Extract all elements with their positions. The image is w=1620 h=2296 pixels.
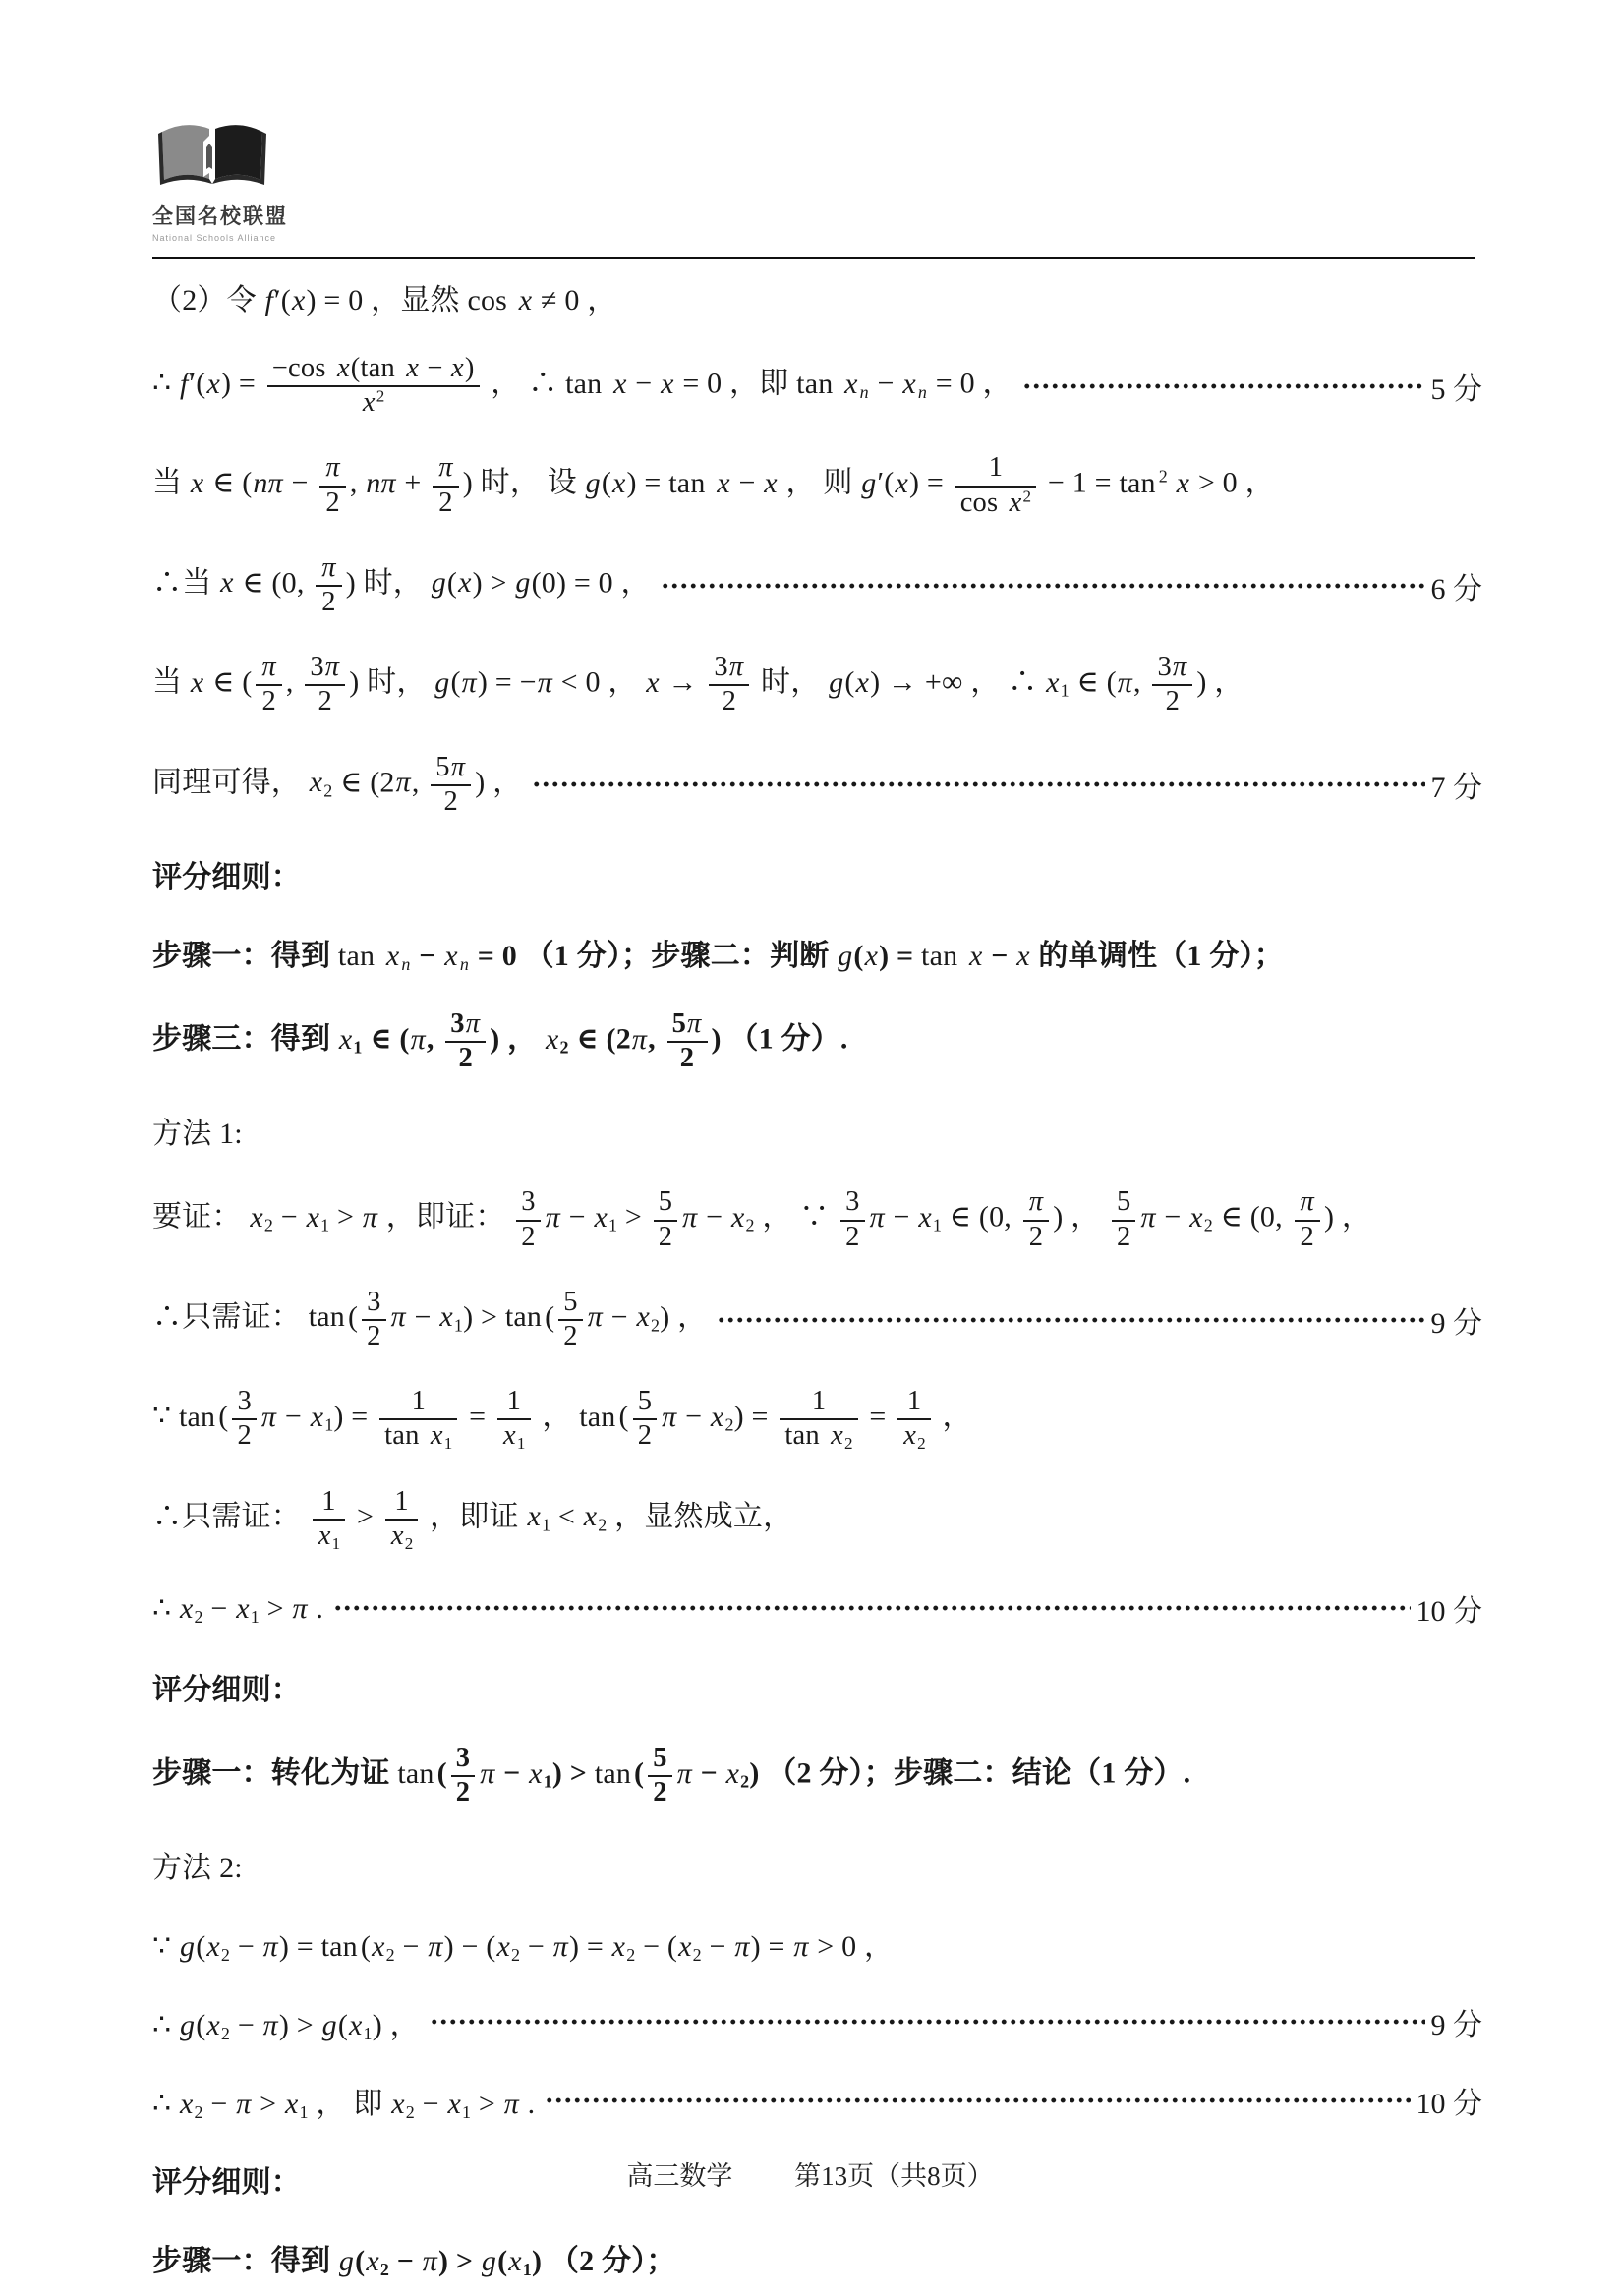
solution-line-scored: ∴ x2 − π > x1 ， 即 x2 − x1 > π .10 分: [152, 2079, 1482, 2122]
solution-line: 当 x ∈ (π2, 3π2) 时， g(π) = −π < 0 ， x → 3…: [152, 653, 1482, 717]
score-label: 5 分: [1431, 365, 1483, 408]
math-text: ∵ g(x2 − π) = tan(x2 − π) − (x2 − π) = x…: [152, 1922, 894, 1965]
math-text: ∵ tan(32π − x1) = 1tan x1 = 1x1 ， tan(52…: [152, 1387, 972, 1451]
solution-line-scored: ∴ f′(x) = −cos x(tan x − x)x2 ， ∴ tan x …: [152, 354, 1482, 418]
solution-content: （2）令 f′(x) = 0 ，显然 cos x ≠ 0 ，∴ f′(x) = …: [0, 259, 1620, 2279]
math-text: 同理可得， x2 ∈ (2π, 5π2) ，: [152, 753, 522, 817]
math-text: ∴当 x ∈ (0, π2) 时， g(x) > g(0) = 0 ，: [152, 553, 651, 617]
math-text: ∴ x2 − x1 > π .: [152, 1591, 323, 1626]
solution-line: （2）令 f′(x) = 0 ，显然 cos x ≠ 0 ，: [152, 275, 1482, 318]
dot-leader: [532, 779, 1424, 789]
solution-line: 要证： x2 − x1 > π ，即证： 32π − x1 > 52π − x2…: [152, 1187, 1482, 1251]
math-text: 方法 1:: [152, 1109, 243, 1152]
footer-course: 高三数学: [626, 2161, 732, 2191]
open-book-logo-icon: [152, 118, 272, 197]
score-label: 9 分: [1431, 2000, 1483, 2043]
dot-leader: [430, 2017, 1425, 2027]
solution-line: 当 x ∈ (nπ − π2, nπ + π2) 时， 设 g(x) = tan…: [152, 453, 1482, 517]
dot-leader: [661, 581, 1425, 591]
score-label: 9 分: [1431, 1298, 1483, 1342]
solution-line: ∵ g(x2 − π) = tan(x2 − π) − (x2 − π) = x…: [152, 1922, 1482, 1965]
solution-line-scored: 同理可得， x2 ∈ (2π, 5π2) ，7 分: [152, 753, 1482, 817]
math-text: ∴ g(x2 − π) > g(x1) ，: [152, 2000, 420, 2043]
footer-page-number: 第13页（共8页）: [794, 2161, 994, 2191]
dot-leader: [717, 1315, 1424, 1325]
dot-leader: [333, 1603, 1410, 1613]
math-text: ∴只需证： 1x1 > 1x2 ，即证 x1 < x2 ，显然成立，: [152, 1487, 792, 1551]
logo-tagline: National Schools Alliance: [152, 233, 300, 243]
score-label: 6 分: [1431, 564, 1483, 607]
exam-answer-page: 全国名校联盟 National Schools Alliance （2）令 f′…: [0, 0, 1620, 2296]
dot-leader: [545, 2095, 1410, 2105]
solution-line: 步骤一：转化为证 tan(32π − x1) > tan(52π − x2) （…: [152, 1744, 1482, 1808]
solution-line: 评分细则：: [152, 1665, 1482, 1708]
math-text: ∴ x2 − π > x1 ， 即 x2 − x1 > π .: [152, 2079, 535, 2122]
score-label: 10 分: [1417, 1586, 1483, 1630]
logo: 全国名校联盟 National Schools Alliance: [152, 118, 300, 243]
math-text: 当 x ∈ (π2, 3π2) 时， g(π) = −π < 0 ， x → 3…: [152, 653, 1244, 717]
solution-line-scored: ∴只需证： tan(32π − x1) > tan(52π − x2) ，9 分: [152, 1288, 1482, 1351]
math-text: 当 x ∈ (nπ − π2, nπ + π2) 时， 设 g(x) = tan…: [152, 453, 1275, 517]
math-text: ∴ f′(x) = −cos x(tan x − x)x2 ， ∴ tan x …: [152, 354, 1012, 418]
math-text: ∴只需证： tan(32π − x1) > tan(52π − x2) ，: [152, 1288, 707, 1351]
math-text: 步骤三：得到 x1 ∈ (π, 3π2) ， x2 ∈ (2π, 5π2) （1…: [152, 1009, 848, 1073]
solution-line: ∵ tan(32π − x1) = 1tan x1 = 1x1 ， tan(52…: [152, 1387, 1482, 1451]
math-text: 步骤一：得到 g(x2 − π) > g(x1) （2 分）；: [152, 2236, 676, 2279]
solution-line: 评分细则：: [152, 852, 1482, 895]
solution-line: 方法 2:: [152, 1843, 1482, 1886]
math-text: 要证： x2 − x1 > π ，即证： 32π − x1 > 52π − x2…: [152, 1187, 1371, 1251]
solution-line: 步骤一：得到 tan xn − xn = 0 （1 分）；步骤二：判断 g(x)…: [152, 931, 1482, 974]
solution-line: 步骤三：得到 x1 ∈ (π, 3π2) ， x2 ∈ (2π, 5π2) （1…: [152, 1009, 1482, 1073]
logo-name: 全国名校联盟: [152, 201, 300, 230]
math-text: 评分细则：: [152, 852, 301, 895]
solution-line: 方法 1:: [152, 1109, 1482, 1152]
math-text: （2）令 f′(x) = 0 ，显然 cos x ≠ 0 ，: [152, 275, 616, 318]
solution-line-scored: ∴ x2 − x1 > π .10 分: [152, 1586, 1482, 1630]
score-label: 10 分: [1417, 2079, 1483, 2122]
dot-leader: [1022, 381, 1425, 391]
math-text: 方法 2:: [152, 1843, 243, 1886]
math-text: 步骤一：得到 tan xn − xn = 0 （1 分）；步骤二：判断 g(x)…: [152, 931, 1284, 974]
math-text: 步骤一：转化为证 tan(32π − x1) > tan(52π − x2) （…: [152, 1744, 1190, 1808]
score-label: 7 分: [1431, 763, 1483, 806]
page-footer: 高三数学 第13页（共8页）: [0, 2154, 1620, 2193]
solution-line: 步骤一：得到 g(x2 − π) > g(x1) （2 分）；: [152, 2236, 1482, 2279]
math-text: 评分细则：: [152, 1665, 301, 1708]
solution-line-scored: ∴ g(x2 − π) > g(x1) ，9 分: [152, 2000, 1482, 2043]
solution-line-scored: ∴当 x ∈ (0, π2) 时， g(x) > g(0) = 0 ，6 分: [152, 553, 1482, 617]
solution-line: ∴只需证： 1x1 > 1x2 ，即证 x1 < x2 ，显然成立，: [152, 1487, 1482, 1551]
page-header: 全国名校联盟 National Schools Alliance: [0, 0, 1620, 259]
